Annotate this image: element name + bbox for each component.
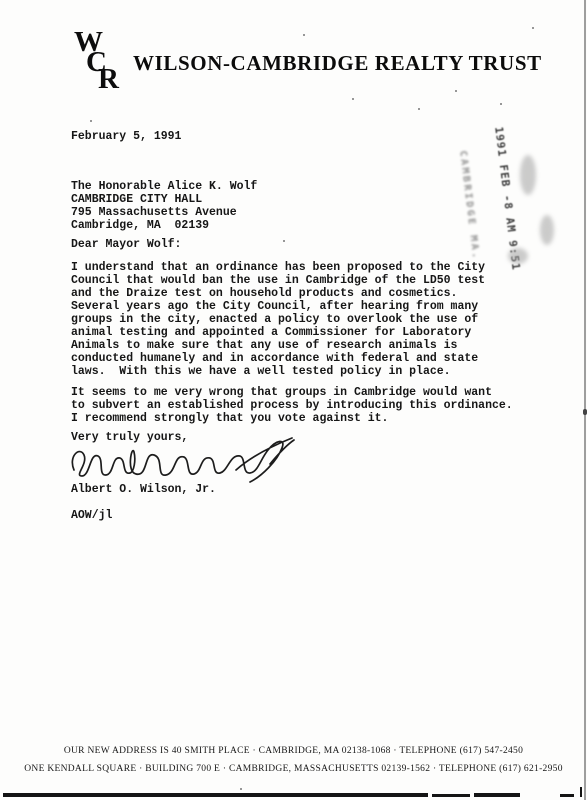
- scan-speck: [455, 90, 457, 92]
- scan-corner-mark: [580, 787, 582, 797]
- scan-edge-line: [584, 0, 586, 800]
- scanned-letter-page: W C R WILSON-CAMBRIDGE REALTY TRUST 1991…: [0, 0, 587, 800]
- scan-smudge: [508, 248, 528, 264]
- scan-speck: [303, 34, 305, 36]
- monogram-letter-r: R: [98, 65, 119, 94]
- body-paragraph-2: It seems to me very wrong that groups in…: [71, 386, 513, 425]
- recipient-line-4: Cambridge, MA 02139: [71, 219, 209, 232]
- scan-speck: [500, 103, 502, 105]
- received-stamp-city: CAMBRIDGE MA.: [457, 150, 481, 261]
- letter-date: February 5, 1991: [71, 130, 181, 143]
- scan-smudge: [520, 155, 536, 195]
- recipient-line-3: 795 Massachusetts Avenue: [71, 206, 237, 219]
- scan-speck: [283, 240, 285, 242]
- signer-name: Albert O. Wilson, Jr.: [71, 483, 216, 496]
- footer-address-line-2: ONE KENDALL SQUARE · BUILDING 700 E · CA…: [0, 764, 587, 774]
- scan-speck: [352, 98, 354, 100]
- handwritten-signature: [58, 430, 318, 490]
- scan-speck: [216, 57, 218, 59]
- scan-bottom-bar-segment: [474, 793, 520, 797]
- scan-speck: [532, 27, 534, 29]
- salutation: Dear Mayor Wolf:: [71, 238, 181, 251]
- body-paragraph-1: I understand that an ordinance has been …: [71, 261, 485, 378]
- recipient-line-2: CAMBRIDGE CITY HALL: [71, 193, 202, 206]
- scan-bottom-bar-segment: [432, 794, 470, 797]
- typist-reference: AOW/jl: [71, 509, 112, 522]
- scan-bottom-bar: [3, 793, 428, 797]
- company-name: WILSON-CAMBRIDGE REALTY TRUST: [133, 51, 542, 76]
- scan-speck: [240, 788, 242, 790]
- footer-address-line-1: OUR NEW ADDRESS IS 40 SMITH PLACE · CAMB…: [0, 746, 587, 756]
- scan-bottom-bar-segment: [560, 794, 574, 797]
- scan-blot: [583, 409, 587, 415]
- recipient-address-block: The Honorable Alice K. Wolf CAMBRIDGE CI…: [71, 180, 257, 232]
- scan-speck: [90, 120, 92, 122]
- scan-speck: [418, 108, 420, 110]
- scan-smudge: [540, 215, 554, 245]
- wcr-monogram-logo-icon: W C R: [66, 24, 136, 104]
- recipient-line-1: The Honorable Alice K. Wolf: [71, 180, 257, 193]
